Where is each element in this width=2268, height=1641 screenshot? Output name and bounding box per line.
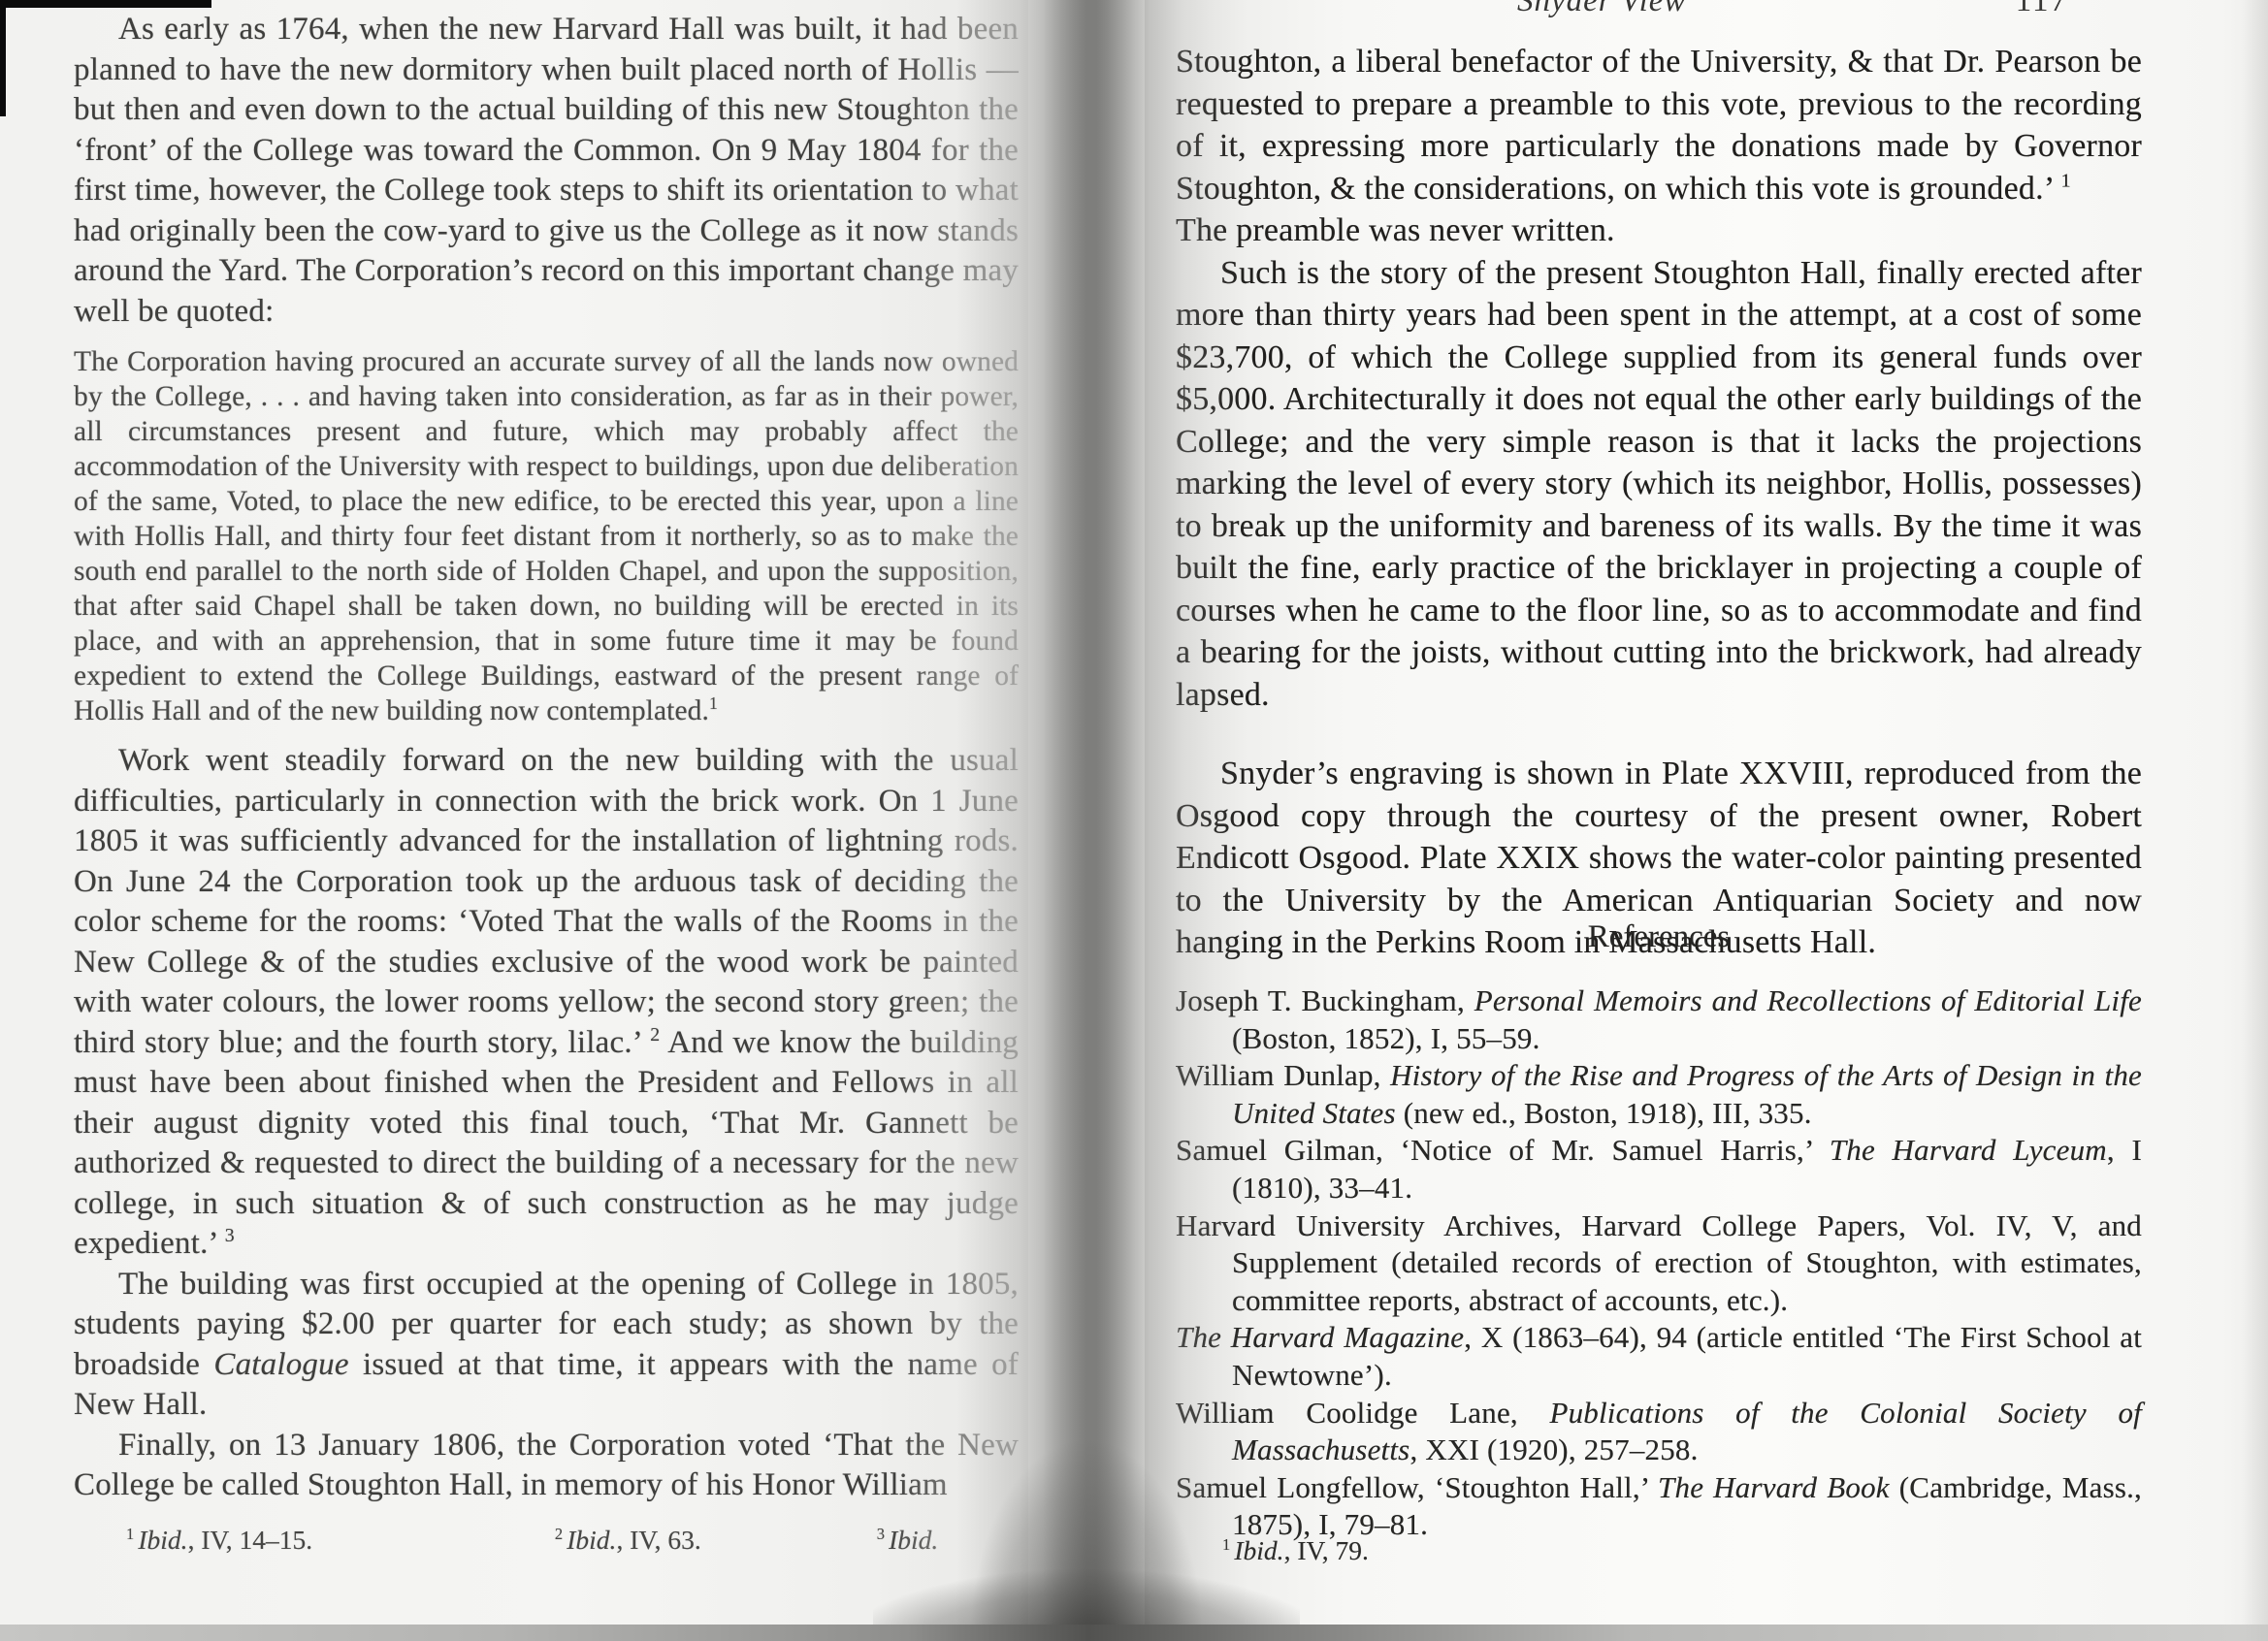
scan-artifact-left [0, 0, 6, 116]
references-heading: References [1176, 919, 2142, 955]
paragraph: As early as 1764, when the new Harvard H… [74, 10, 1019, 332]
reference-entry: Harvard University Archives, Harvard Col… [1176, 1207, 2142, 1320]
reference-entry: William Coolidge Lane, Publications of t… [1176, 1395, 2142, 1469]
reference-entry: Samuel Longfellow, ‘Stoughton Hall,’ The… [1176, 1469, 2142, 1544]
running-header: Snyder View 117 [1176, 0, 2142, 19]
paragraph: The preamble was never written. [1176, 209, 2142, 252]
scan-artifact-top [0, 0, 211, 8]
footnote: 2 Ibid., IV, 63. [555, 1525, 870, 1556]
paragraph: Stoughton, a liberal benefactor of the U… [1176, 41, 2142, 209]
book-scan: As early as 1764, when the new Harvard H… [0, 0, 2268, 1641]
right-edge-shade [2243, 0, 2268, 1641]
reference-entry: Joseph T. Buckingham, Personal Memoirs a… [1176, 982, 2142, 1057]
scan-edge-strip [0, 1625, 2268, 1641]
left-page-text: As early as 1764, when the new Harvard H… [74, 10, 1019, 1506]
gutter-bottom-shadow [873, 1377, 1300, 1641]
reference-entry: Samuel Gilman, ‘Notice of Mr. Samuel Har… [1176, 1132, 2142, 1207]
reference-entry: William Dunlap, History of the Rise and … [1176, 1057, 2142, 1132]
page-number: 117 [2016, 0, 2068, 19]
references-list: Joseph T. Buckingham, Personal Memoirs a… [1176, 982, 2142, 1544]
paragraph: Work went steadily forward on the new bu… [74, 741, 1019, 1265]
reference-entry: The Harvard Magazine, X (1863–64), 94 (a… [1176, 1319, 2142, 1394]
paragraph: The Corporation having procured an accur… [74, 344, 1019, 728]
running-title: Snyder View [1517, 0, 1686, 19]
right-page-text: Stoughton, a liberal benefactor of the U… [1176, 41, 2142, 964]
footnote: 1 Ibid., IV, 14–15. [126, 1525, 548, 1556]
paragraph: Such is the story of the present Stought… [1176, 252, 2142, 717]
